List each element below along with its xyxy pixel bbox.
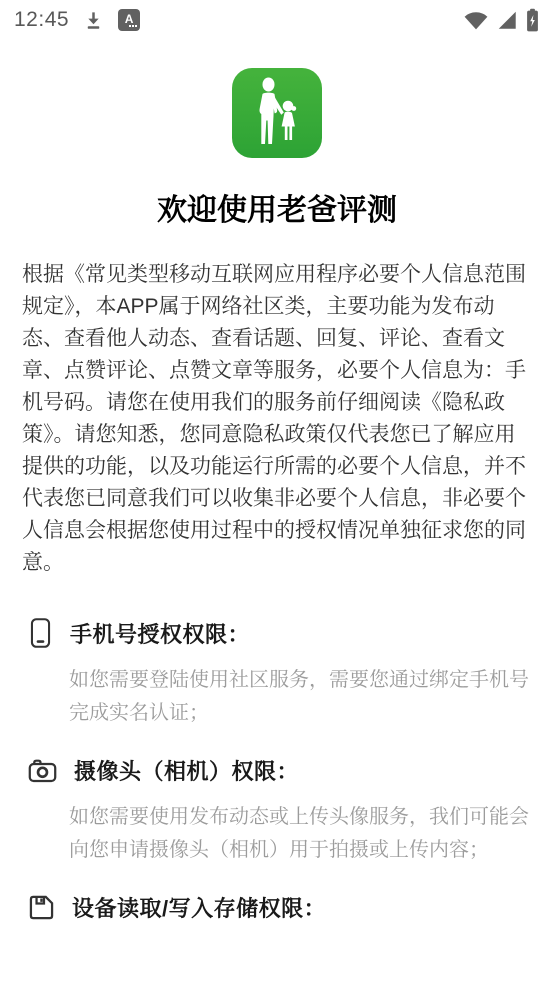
permission-item-storage: 设备读取/写入存储权限： (28, 892, 532, 923)
input-method-a-icon: A (118, 9, 140, 31)
app-logo (232, 68, 322, 158)
save-icon (28, 894, 55, 921)
battery-charging-icon (526, 8, 539, 32)
permission-title: 摄像头（相机）权限： (74, 755, 299, 786)
permission-item-phone: 手机号授权权限： 如您需要登陆使用社区服务，需要您通过绑定手机号完成实名认证； (28, 617, 532, 730)
ime-letter: A (125, 12, 134, 26)
permission-heading: 摄像头（相机）权限： (28, 755, 532, 786)
wifi-icon (464, 10, 488, 30)
permission-title: 设备读取/写入存储权限： (72, 892, 326, 923)
permission-description: 如您需要登陆使用社区服务，需要您通过绑定手机号完成实名认证； (69, 664, 532, 730)
intro-paragraph: 根据《常见类型移动互联网应用程序必要个人信息范围规定》，本APP属于网络社区类，… (22, 259, 532, 579)
status-bar-left: 12:45 A (14, 8, 140, 32)
phone-icon (28, 617, 53, 649)
camera-icon (28, 758, 57, 783)
permission-description: 如您需要使用发布动态或上传头像服务，我们可能会向您申请摄像头（相机）用于拍摄或上… (69, 801, 532, 867)
status-time: 12:45 (14, 8, 69, 32)
permission-heading: 设备读取/写入存储权限： (28, 892, 532, 923)
page-title: 欢迎使用老爸评测 (0, 185, 554, 229)
permission-item-camera: 摄像头（相机）权限： 如您需要使用发布动态或上传头像服务，我们可能会向您申请摄像… (28, 755, 532, 867)
parent-child-icon (232, 68, 322, 158)
status-bar: 12:45 A (0, 0, 554, 40)
ime-dots (135, 25, 137, 27)
privacy-welcome-screen: 12:45 A (0, 0, 554, 984)
status-bar-right (464, 8, 539, 32)
permission-heading: 手机号授权权限： (28, 617, 532, 649)
permission-title: 手机号授权权限： (70, 618, 250, 649)
cellular-signal-icon (496, 9, 518, 31)
download-icon (82, 9, 105, 32)
